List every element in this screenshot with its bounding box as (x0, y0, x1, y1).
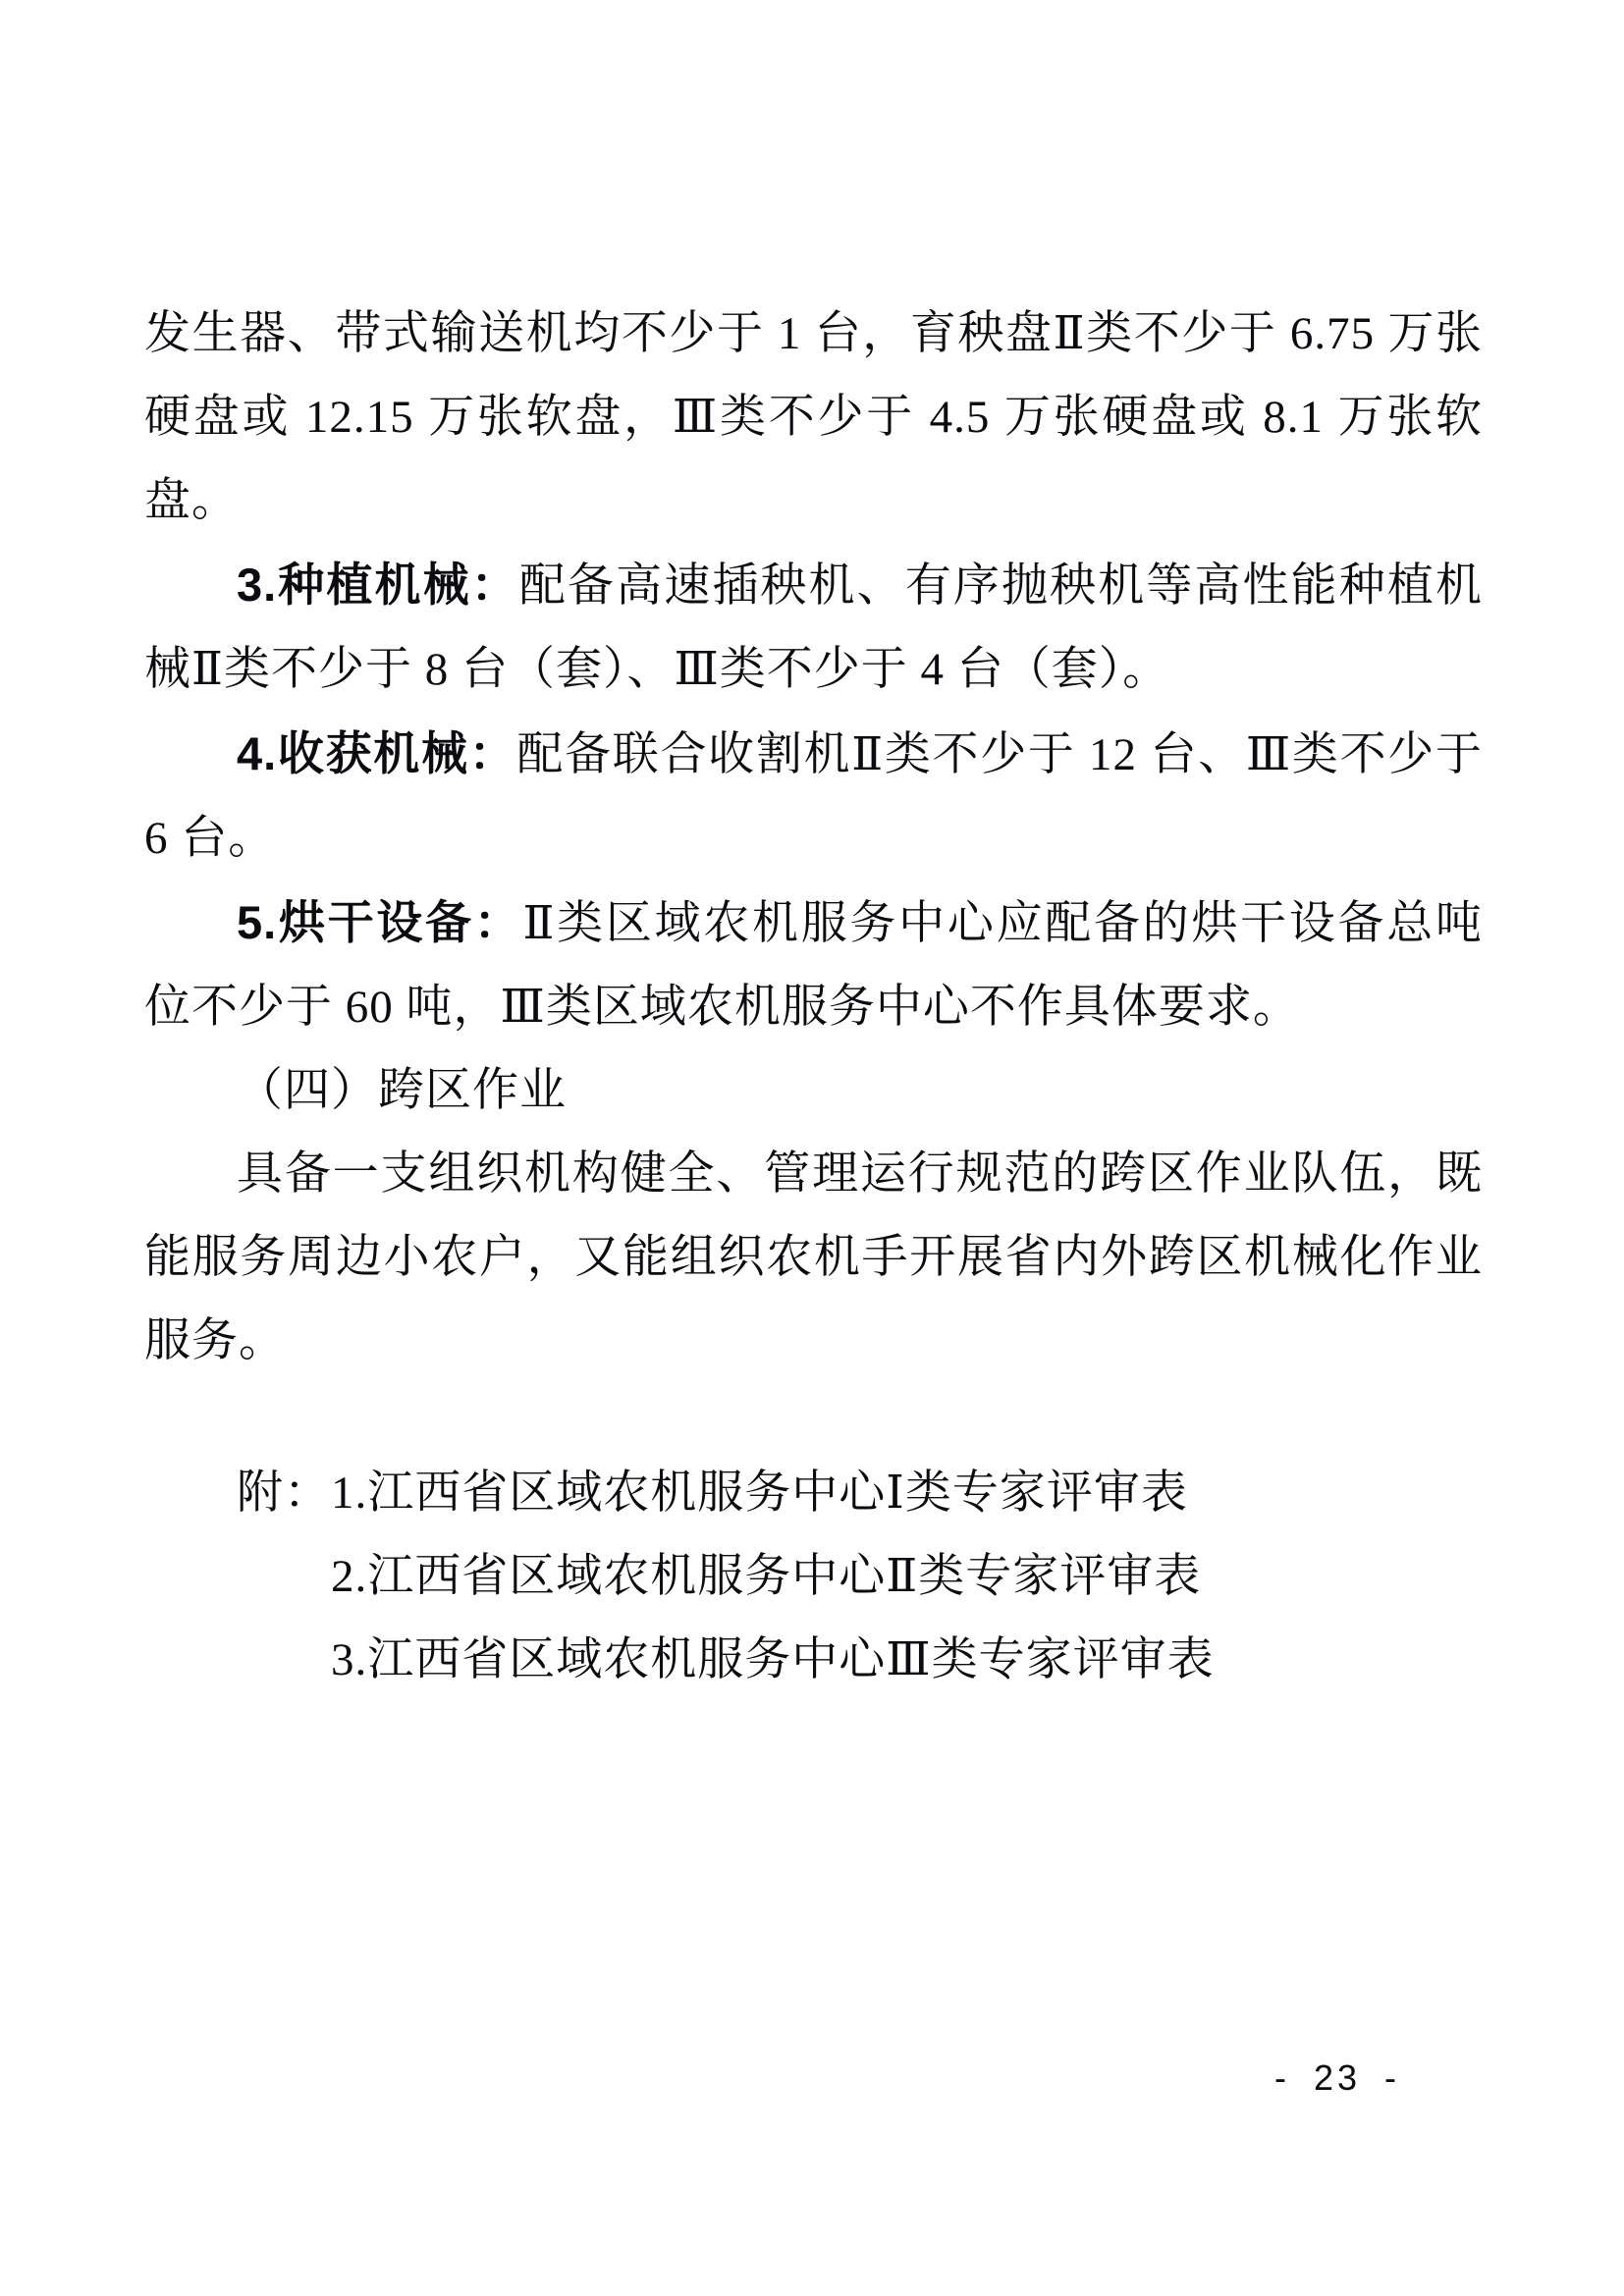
section-heading: （四）跨区作业 (144, 1049, 1483, 1133)
paragraph-text: 具备一支组织机构健全、管理运行规范的跨区作业队伍，既能服务周边小农户，又能组织农… (144, 1148, 1483, 1366)
body-paragraph: 具备一支组织机构健全、管理运行规范的跨区作业队伍，既能服务周边小农户，又能组织农… (144, 1133, 1483, 1383)
attachment-items: 1.江西省区域农机服务中心Ⅰ类专家评审表 2.江西省区域农机服务中心Ⅱ类专家评审… (331, 1452, 1215, 1702)
body-paragraph: 发生器、带式输送机均不少于 1 台，育秧盘Ⅱ类不少于 6.75 万张硬盘或 12… (144, 291, 1483, 543)
attachment-list: 附： 1.江西省区域农机服务中心Ⅰ类专家评审表 2.江西省区域农机服务中心Ⅱ类专… (144, 1452, 1483, 1702)
paragraph-lead: 4.收获机械： (237, 727, 516, 779)
paragraph-lead: 5.烘干设备： (237, 896, 522, 948)
attachment-label: 附： (237, 1452, 331, 1535)
attachment-item: 3.江西省区域农机服务中心Ⅲ类专家评审表 (331, 1619, 1215, 1702)
paragraph-text: （四）跨区作业 (237, 1065, 567, 1116)
body-paragraph: 3.种植机械：配备高速插秧机、有序抛秧机等高性能种植机械Ⅱ类不少于 8 台（套）… (144, 543, 1483, 712)
document-page: 发生器、带式输送机均不少于 1 台，育秧盘Ⅱ类不少于 6.75 万张硬盘或 12… (0, 0, 1624, 2296)
attachment-item: 1.江西省区域农机服务中心Ⅰ类专家评审表 (331, 1452, 1215, 1535)
attachment-item: 2.江西省区域农机服务中心Ⅱ类专家评审表 (331, 1535, 1215, 1619)
document-content: 发生器、带式输送机均不少于 1 台，育秧盘Ⅱ类不少于 6.75 万张硬盘或 12… (144, 291, 1483, 1702)
paragraph-text: 发生器、带式输送机均不少于 1 台，育秧盘Ⅱ类不少于 6.75 万张硬盘或 12… (144, 308, 1483, 526)
body-paragraph: 4.收获机械：配备联合收割机Ⅱ类不少于 12 台、Ⅲ类不少于 6 台。 (144, 712, 1483, 881)
page-number: - 23 - (1274, 2057, 1400, 2099)
body-paragraph: 5.烘干设备：Ⅱ类区域农机服务中心应配备的烘干设备总吨位不少于 60 吨，Ⅲ类区… (144, 881, 1483, 1049)
paragraph-lead: 3.种植机械： (237, 559, 519, 611)
